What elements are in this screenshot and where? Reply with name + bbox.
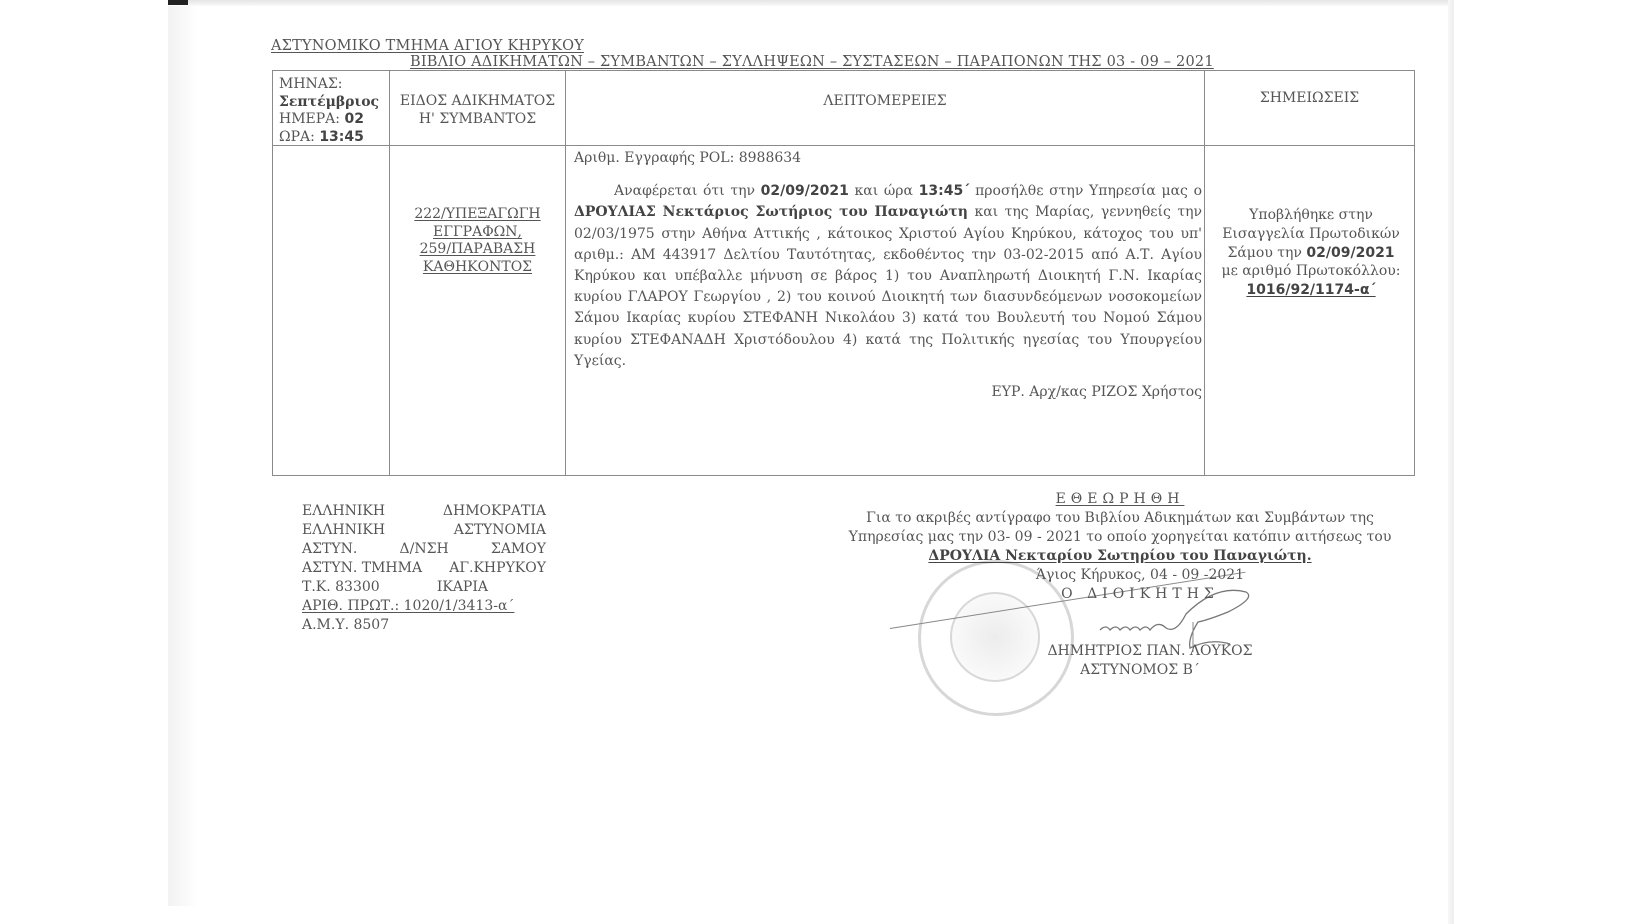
incident-description: Αναφέρεται ότι την 02/09/2021 και ώρα 13… (574, 181, 1202, 372)
offense-type-header: ΕΙΔΟΣ ΑΔΙΚΗΜΑΤΟΣ Η' ΣΥΜΒΑΝΤΟΣ (390, 93, 565, 128)
commander-role: Ο ΔΙΟΙΚΗΤΗΣ (860, 585, 1420, 604)
certification-line1: Για το ακριβές αντίγραφο του Βιβλίου Αδι… (820, 509, 1420, 528)
scan-edge-mark (168, 0, 188, 5)
incident-time: 13:45΄ (919, 183, 970, 199)
day-value: 02 (344, 111, 363, 127)
notes-line: με αριθμό Πρωτοκόλλου: (1208, 262, 1414, 281)
issuing-authority-block: ΕΛΛΗΝΙΚΗΔΗΜΟΚΡΑΤΙΑ ΕΛΛΗΝΙΚΗΑΣΤΥΝΟΜΙΑ ΑΣΤ… (302, 502, 546, 635)
page-edge-top (188, 0, 1453, 6)
col-divider-2 (565, 70, 566, 476)
complainant-name: ΔΡΟΥΛΙΑΣ Νεκτάριος Σωτήριος του Παναγιώτ… (574, 204, 968, 220)
certification-title: ΕΘΕΩΡΗΘΗ (820, 490, 1420, 509)
certification-block: ΕΘΕΩΡΗΘΗ Για το ακριβές αντίγραφο του Βι… (820, 490, 1420, 680)
registration-number: Αριθμ. Εγγραφής POL: 8988634 (574, 148, 1202, 169)
offense-line: ΚΑΘΗΚΟΝΤΟΣ (390, 259, 565, 277)
incident-date: 02/09/2021 (761, 183, 849, 199)
requester-name: ΔΡΟΥΛΙΑ Νεκταρίου Σωτηρίου του Παναγιώτη… (820, 547, 1420, 566)
recording-officer: ΕΥΡ. Αρχ/κας ΡΙΖΟΣ Χρήστος (574, 382, 1202, 403)
place-date: Άγιος Κήρυκος, 04 - 09 -2021 (860, 566, 1420, 585)
station-title: ΑΣΤΥΝΟΜΙΚΟ ΤΜΗΜΑ ΑΓΙΟΥ ΚΗΡΥΚΟΥ (271, 38, 584, 54)
time-row: ΩΡΑ: 13:45 (279, 129, 379, 147)
offense-type-header-line1: ΕΙΔΟΣ ΑΔΙΚΗΜΑΤΟΣ (390, 93, 565, 111)
offense-type-header-line2: Η' ΣΥΜΒΑΝΤΟΣ (390, 111, 565, 129)
offense-line: 222/ΥΠΕΞΑΓΩΓΗ (390, 206, 565, 224)
table-left-border (272, 70, 273, 476)
month-value: Σεπτέμβριος (279, 94, 379, 112)
table-top-border (272, 70, 1415, 71)
amy-number: Α.Μ.Υ. 8507 (302, 616, 546, 635)
month-label: ΜΗΝΑΣ: (279, 76, 379, 94)
page-edge-left (168, 6, 198, 906)
offense-line: 259/ΠΑΡΑΒΑΣΗ (390, 241, 565, 259)
day-label: ΗΜΕΡΑ: (279, 111, 340, 127)
certification-line2: Υπηρεσίας μας την 03- 09 - 2021 το οποίο… (820, 528, 1420, 547)
submission-date: 02/09/2021 (1306, 245, 1394, 261)
notes-cell: Υποβλήθηκε στην Εισαγγελία Πρωτοδικών Σά… (1208, 206, 1414, 300)
col-divider-3 (1204, 70, 1205, 476)
day-row: ΗΜΕΡΑ: 02 (279, 111, 379, 129)
offense-line: ΕΓΓΡΑΦΩΝ, (390, 224, 565, 242)
commander-name: ΔΗΜΗΤΡΙΟΣ ΠΑΝ. ΛΟΥΚΟΣ (880, 642, 1420, 661)
offense-type-cell: 222/ΥΠΕΞΑΓΩΓΗ ΕΓΓΡΑΦΩΝ, 259/ΠΑΡΑΒΑΣΗ ΚΑΘ… (390, 206, 565, 276)
date-time-header: ΜΗΝΑΣ: Σεπτέμβριος ΗΜΕΡΑ: 02 ΩΡΑ: 13:45 (279, 76, 379, 146)
details-header: ΛΕΠΤΟΜΕΡΕΙΕΣ (566, 93, 1204, 111)
authority-line: ΕΛΛΗΝΙΚΗΑΣΤΥΝΟΜΙΑ (302, 521, 546, 540)
page-edge-right (1448, 0, 1454, 924)
notes-line: Σάμου την 02/09/2021 (1208, 244, 1414, 263)
notes-header: ΣΗΜΕΙΩΣΕΙΣ (1205, 90, 1414, 108)
authority-line: ΑΣΤΥΝ. ΤΜΗΜΑΑΓ.ΚΗΡΥΚΟΥ (302, 559, 546, 578)
table-header-divider (272, 145, 1415, 146)
time-value: 13:45 (319, 129, 364, 145)
protocol-number: 1016/92/1174-α΄ (1208, 281, 1414, 300)
details-cell: Αριθμ. Εγγραφής POL: 8988634 Αναφέρεται … (574, 148, 1202, 403)
table-bottom-border (272, 475, 1415, 476)
time-label: ΩΡΑ: (279, 129, 315, 145)
outgoing-protocol-number: ΑΡΙΘ. ΠΡΩΤ.: 1020/1/3413-α΄ (302, 597, 546, 616)
notes-line: Υποβλήθηκε στην (1208, 206, 1414, 225)
authority-line: ΕΛΛΗΝΙΚΗΔΗΜΟΚΡΑΤΙΑ (302, 502, 546, 521)
authority-line: ΑΣΤΥΝ.Δ/ΝΣΗΣΑΜΟΥ (302, 540, 546, 559)
book-title: ΒΙΒΛΙΟ ΑΔΙΚΗΜΑΤΩΝ – ΣΥΜΒΑΝΤΩΝ – ΣΥΛΛΗΨΕΩ… (410, 54, 1214, 70)
authority-line: Τ.Κ. 83300ΙΚΑΡΙΑ (302, 578, 488, 597)
table-right-border (1414, 70, 1415, 476)
notes-line: Εισαγγελία Πρωτοδικών (1208, 225, 1414, 244)
commander-rank: ΑΣΤΥΝΟΜΟΣ Β΄ (860, 661, 1420, 680)
